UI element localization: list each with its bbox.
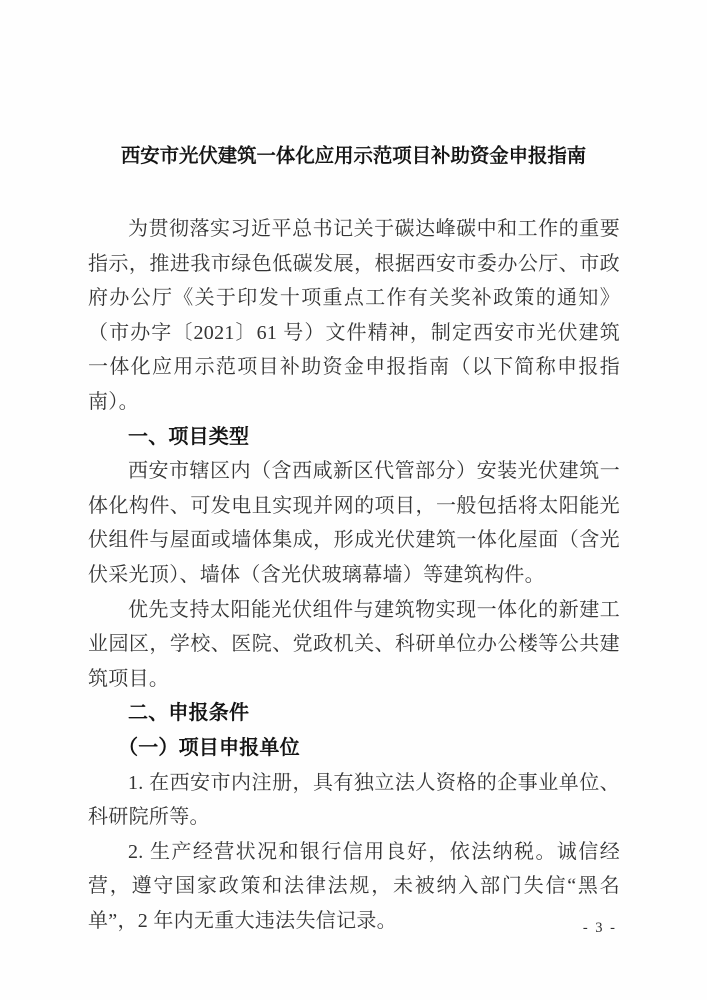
section-heading-application-conditions: 二、申报条件 <box>88 696 620 731</box>
subsection-heading-applicant-unit: （一）项目申报单位 <box>88 731 620 766</box>
paragraph-project-scope: 西安市辖区内（含西咸新区代管部分）安装光伏建筑一体化构件、可发电且实现并网的项目… <box>88 454 620 592</box>
paragraph-condition-2: 2. 生产经营状况和银行信用良好，依法纳税。诚信经营，遵守国家政策和法律法规，未… <box>88 835 620 939</box>
document-title: 西安市光伏建筑一体化应用示范项目补助资金申报指南 <box>0 139 707 173</box>
paragraph-condition-1: 1. 在西安市内注册，具有独立法人资格的企事业单位、科研院所等。 <box>88 766 620 835</box>
paragraph-priority-support: 优先支持太阳能光伏组件与建筑物实现一体化的新建工业园区，学校、医院、党政机关、科… <box>88 593 620 697</box>
document-page: 西安市光伏建筑一体化应用示范项目补助资金申报指南 为贯彻落实习近平总书记关于碳达… <box>0 0 707 1000</box>
section-heading-project-type: 一、项目类型 <box>88 420 620 455</box>
page-number: - 3 - <box>583 920 617 937</box>
paragraph-intro: 为贯彻落实习近平总书记关于碳达峰碳中和工作的重要指示，推进我市绿色低碳发展，根据… <box>88 212 620 420</box>
document-body: 为贯彻落实习近平总书记关于碳达峰碳中和工作的重要指示，推进我市绿色低碳发展，根据… <box>88 212 620 938</box>
